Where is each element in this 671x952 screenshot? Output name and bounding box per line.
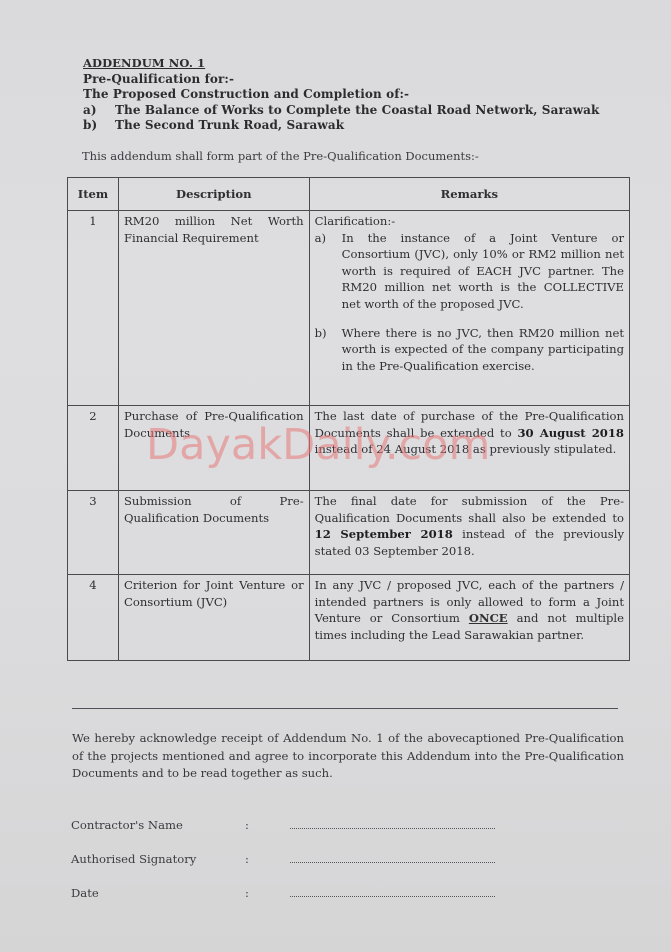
addendum-title: ADDENDUM NO. 1 xyxy=(83,56,599,72)
signature-field-contractor-name: Contractor's Name : xyxy=(71,818,501,836)
table-row: 1 RM20 million Net Worth Financial Requi… xyxy=(68,211,630,406)
signature-field-authorised-signatory: Authorised Signatory : xyxy=(71,852,501,870)
field-separator: : xyxy=(245,818,249,832)
table-header-row: Item Description Remarks xyxy=(68,178,630,211)
project-label: a) xyxy=(83,103,115,119)
document-header: ADDENDUM NO. 1 Pre-Qualification for:- T… xyxy=(83,56,599,134)
column-header-description: Description xyxy=(118,178,309,211)
item-description: RM20 million Net Worth Financial Require… xyxy=(118,211,309,406)
intro-text: This addendum shall form part of the Pre… xyxy=(82,149,479,163)
point-label: a) xyxy=(315,230,342,313)
table-row: 4 Criterion for Joint Venture or Consort… xyxy=(68,575,630,661)
project-item-a: a) The Balance of Works to Complete the … xyxy=(83,103,599,119)
item-number: 4 xyxy=(68,575,119,661)
column-header-item: Item xyxy=(68,178,119,211)
item-description: Purchase of Pre-Qualification Documents xyxy=(118,406,309,491)
project-item-b: b) The Second Trunk Road, Sarawak xyxy=(83,118,599,134)
signature-field-date: Date : xyxy=(71,886,501,904)
fill-in-line[interactable] xyxy=(290,896,495,897)
field-label: Date xyxy=(71,886,99,900)
clarification-point-b: b) Where there is no JVC, then RM20 mill… xyxy=(315,325,624,375)
addendum-table: Item Description Remarks 1 RM20 million … xyxy=(67,177,630,661)
item-remarks: The last date of purchase of the Pre-Qua… xyxy=(309,406,629,491)
item-remarks: Clarification:- a) In the instance of a … xyxy=(309,211,629,406)
acknowledgement-text: We hereby acknowledge receipt of Addendu… xyxy=(72,730,624,783)
column-header-remarks: Remarks xyxy=(309,178,629,211)
project-label: b) xyxy=(83,118,115,134)
addendum-page: ADDENDUM NO. 1 Pre-Qualification for:- T… xyxy=(0,0,671,952)
emphasis-once: ONCE xyxy=(469,611,508,625)
item-number: 1 xyxy=(68,211,119,406)
new-date: 12 September 2018 xyxy=(315,527,453,541)
field-separator: : xyxy=(245,886,249,900)
fill-in-line[interactable] xyxy=(290,828,495,829)
item-number: 3 xyxy=(68,491,119,575)
item-number: 2 xyxy=(68,406,119,491)
point-text: Where there is no JVC, then RM20 million… xyxy=(342,325,624,375)
clarification-point-a: a) In the instance of a Joint Venture or… xyxy=(315,230,624,313)
fill-in-line[interactable] xyxy=(290,862,495,863)
item-remarks: The final date for submission of the Pre… xyxy=(309,491,629,575)
item-remarks: In any JVC / proposed JVC, each of the p… xyxy=(309,575,629,661)
prequalification-line: Pre-Qualification for:- xyxy=(83,72,599,88)
point-text: In the instance of a Joint Venture or Co… xyxy=(342,230,624,313)
table-row: 3 Submission of Pre-Qualification Docume… xyxy=(68,491,630,575)
project-text: The Balance of Works to Complete the Coa… xyxy=(115,103,599,119)
field-label: Contractor's Name xyxy=(71,818,183,832)
new-date: 30 August 2018 xyxy=(517,426,624,440)
item-description: Criterion for Joint Venture or Consortiu… xyxy=(118,575,309,661)
field-separator: : xyxy=(245,852,249,866)
point-label: b) xyxy=(315,325,342,375)
remarks-text: The final date for submission of the Pre… xyxy=(315,494,624,525)
proposed-construction-line: The Proposed Construction and Completion… xyxy=(83,87,599,103)
field-label: Authorised Signatory xyxy=(71,852,196,866)
table-row: 2 Purchase of Pre-Qualification Document… xyxy=(68,406,630,491)
clarification-heading: Clarification:- xyxy=(315,213,624,230)
item-description: Submission of Pre-Qualification Document… xyxy=(118,491,309,575)
remarks-text: instead of 24 August 2018 as previously … xyxy=(315,442,617,456)
project-text: The Second Trunk Road, Sarawak xyxy=(115,118,344,134)
divider-line xyxy=(72,708,618,709)
